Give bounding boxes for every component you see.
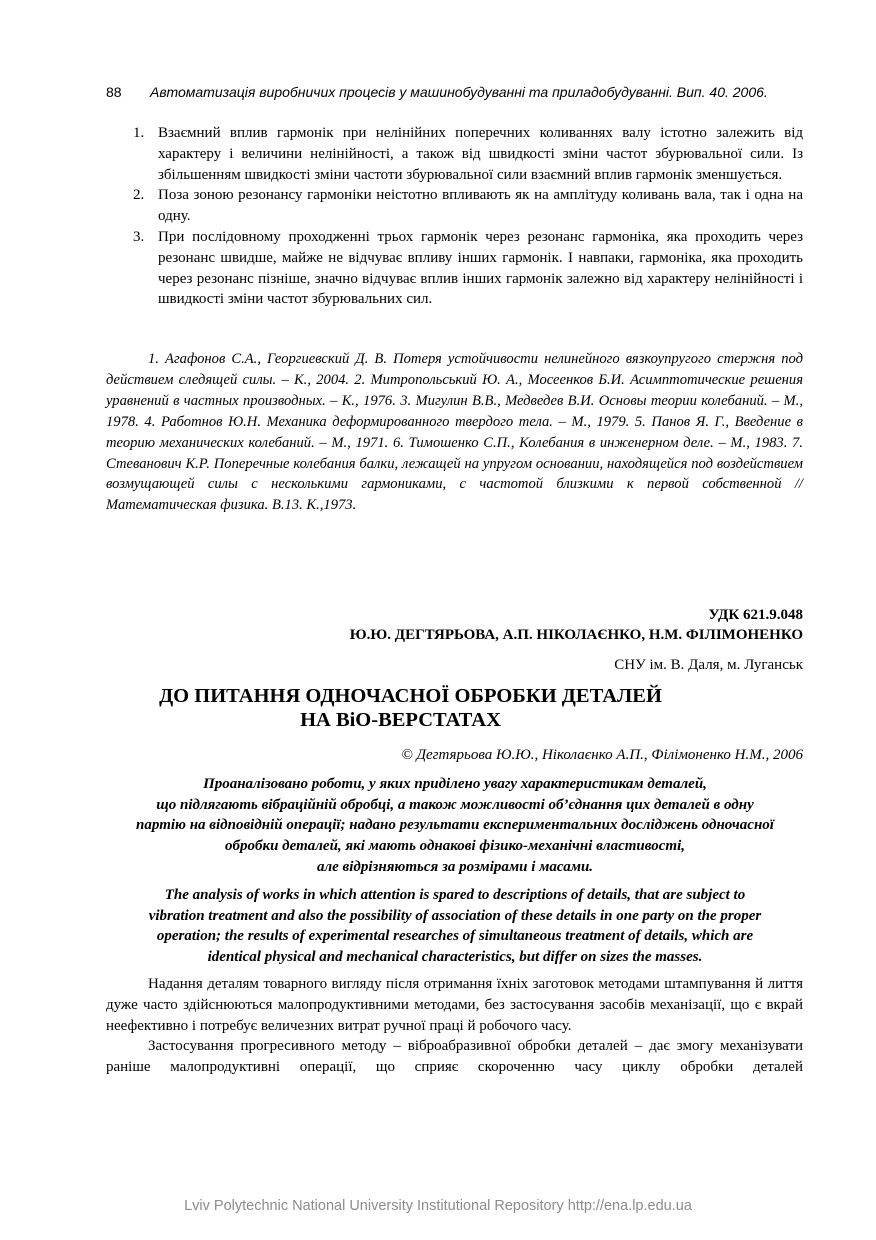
running-header: 88Автоматизація виробничих процесів у ма… (106, 84, 806, 100)
conclusion-item: 3. При послідовному проходженні трьох га… (106, 227, 803, 310)
udk-code: УДК 621.9.048 (709, 605, 803, 625)
conclusion-item: 2. Поза зоною резонансу гармоніки неісто… (106, 185, 803, 227)
abstract-line: але відрізняються за розмірами і масами. (104, 857, 806, 878)
body-paragraph: Застосування прогресивного методу – вібр… (106, 1036, 803, 1078)
item-text: При послідовному проходженні трьох гармо… (158, 229, 803, 307)
item-text: Поза зоною резонансу гармоніки неістотно… (158, 187, 803, 224)
abstract-line: identical physical and mechanical charac… (104, 947, 806, 968)
item-number: 1. (133, 123, 144, 144)
abstract-ukrainian: Проаналізовано роботи, у яких приділено … (104, 774, 806, 878)
abstract-line: operation; the results of experimental r… (104, 926, 806, 947)
journal-title: Автоматизація виробничих процесів у маши… (150, 84, 768, 100)
abstract-line: партію на відповідній операції; надано р… (104, 815, 806, 836)
article-body: Надання деталям товарного вигляду після … (106, 974, 803, 1078)
abstract-line: Проаналізовано роботи, у яких приділено … (104, 774, 806, 795)
conclusions-list: 1. Взаємний вплив гармонік при нелінійни… (106, 123, 803, 310)
article-title: ДО ПИТАННЯ ОДНОЧАСНОЇ ОБРОБКИ ДЕТАЛЕЙ НА… (106, 684, 803, 732)
copyright-notice: © Дегтярьова Ю.Ю., Ніколаєнко А.П., Філі… (401, 745, 803, 765)
abstract-line: The analysis of works in which attention… (104, 885, 806, 906)
conclusion-item: 1. Взаємний вплив гармонік при нелінійни… (106, 123, 803, 185)
item-text: Взаємний вплив гармонік при нелінійних п… (158, 125, 803, 183)
page-number: 88 (106, 84, 150, 100)
abstract-english: The analysis of works in which attention… (104, 885, 806, 968)
body-paragraph: Надання деталям товарного вигляду після … (106, 974, 803, 1036)
abstract-line: обробки деталей, які мають однакові фізи… (104, 836, 806, 857)
item-number: 2. (133, 185, 144, 206)
title-line: НА ВіО-ВЕРСТАТАХ (106, 708, 803, 732)
title-line: ДО ПИТАННЯ ОДНОЧАСНОЇ ОБРОБКИ ДЕТАЛЕЙ (106, 684, 803, 708)
abstract-line: vibration treatment and also the possibi… (104, 906, 806, 927)
author-affiliation: СНУ ім. В. Даля, м. Луганськ (614, 655, 803, 675)
abstract-line: що підлягають вібраційній обробці, а так… (104, 795, 806, 816)
repository-footer: Lviv Polytechnic National University Ins… (0, 1197, 876, 1215)
references-paragraph: 1. Агафонов С.А., Георгиевский Д. В. Пот… (106, 349, 803, 516)
article-authors: Ю.Ю. ДЕГТЯРЬОВА, А.П. НІКОЛАЄНКО, Н.М. Ф… (350, 625, 803, 645)
document-page: 88Автоматизація виробничих процесів у ма… (0, 0, 876, 1240)
item-number: 3. (133, 227, 144, 248)
